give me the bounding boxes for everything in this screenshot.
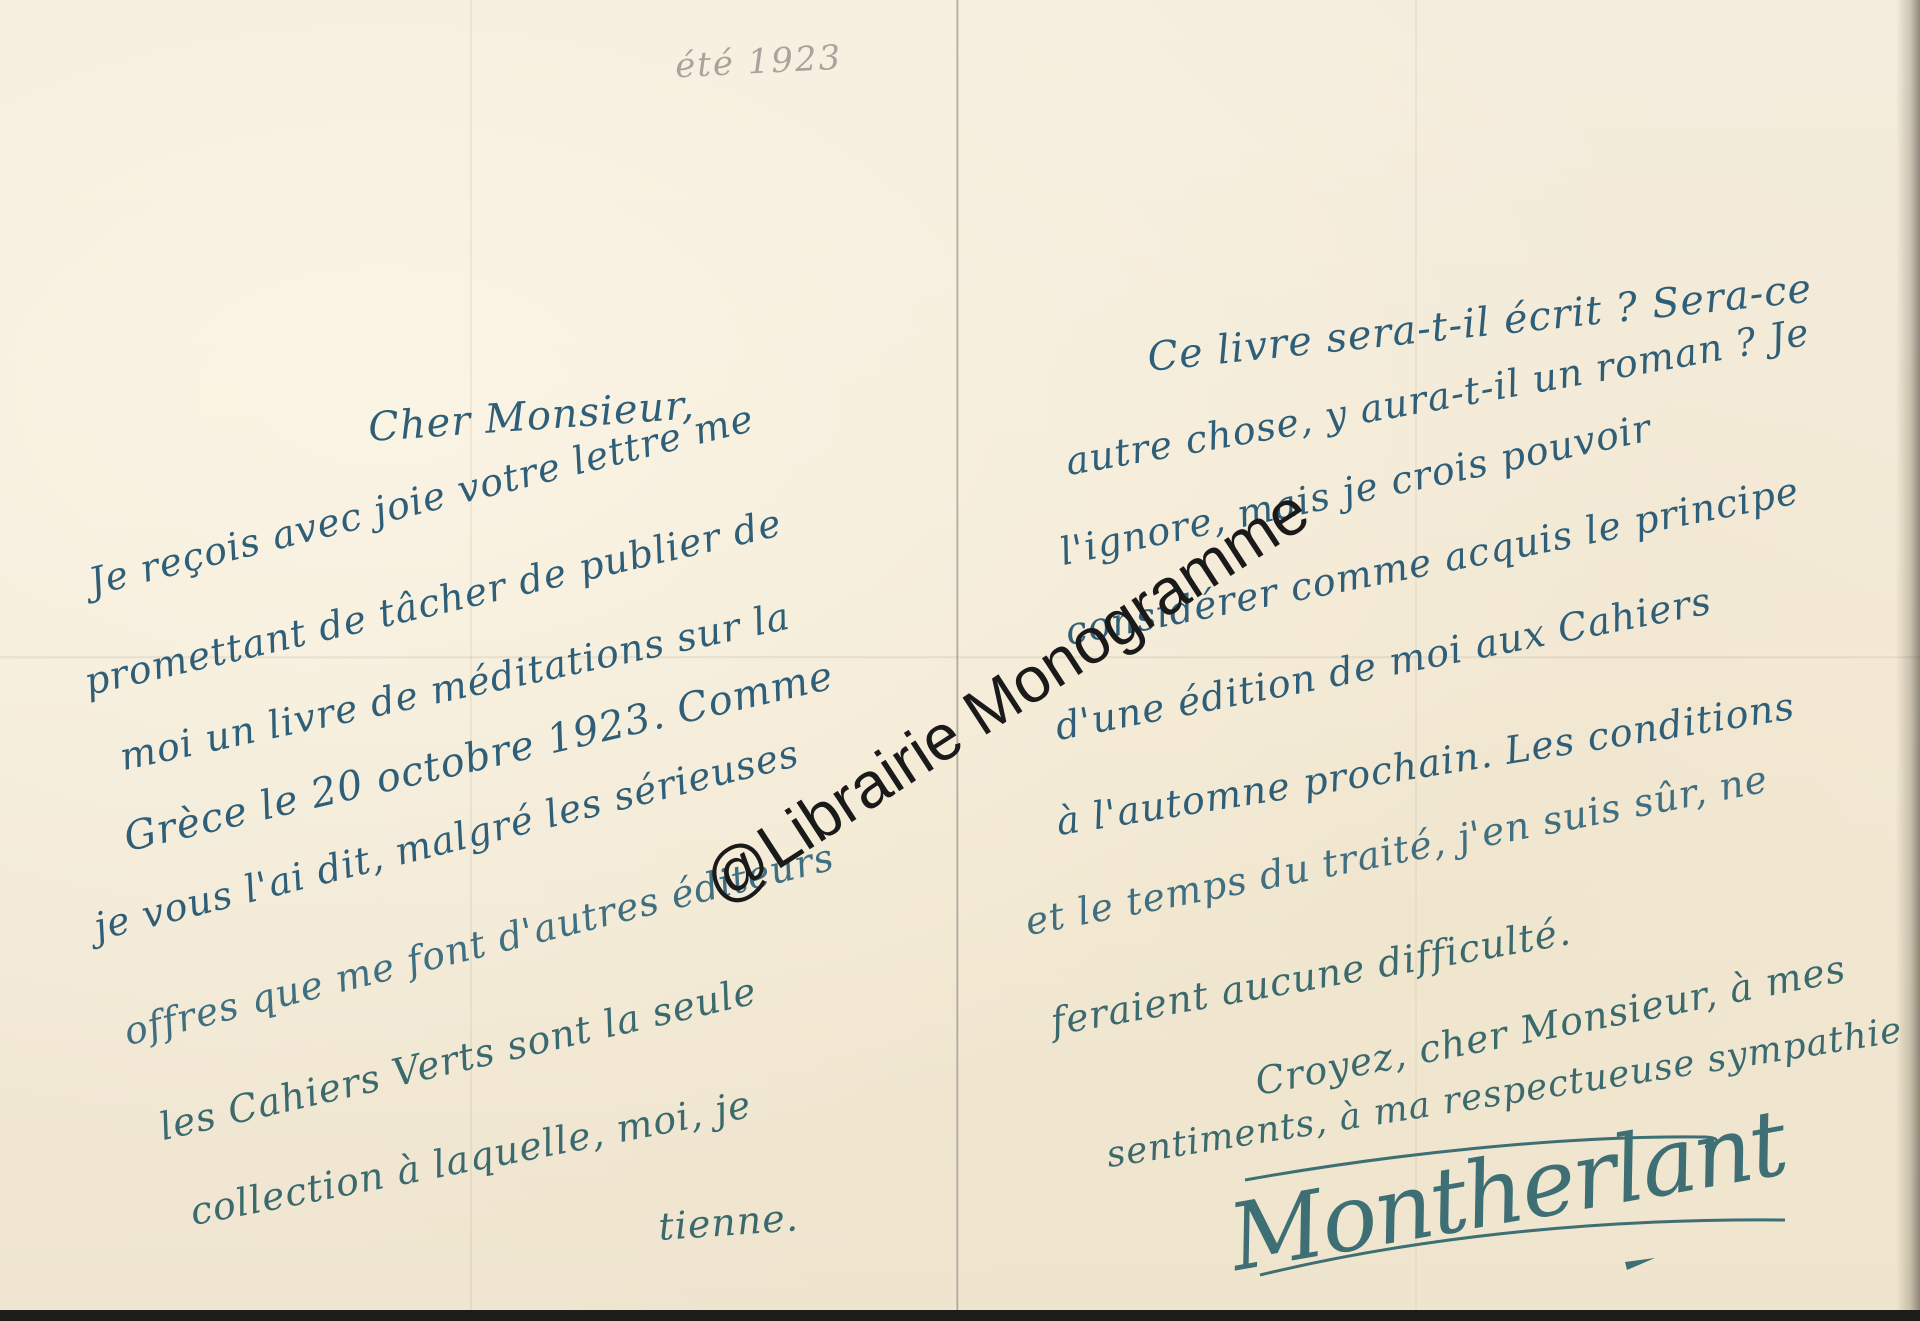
signature-underline bbox=[1255, 1210, 1795, 1280]
center-fold bbox=[956, 0, 959, 1310]
pencil-date-note: été 1923 bbox=[674, 38, 843, 87]
letter-page-left: été 1923 Cher Monsieur, Je reçois avec j… bbox=[0, 0, 956, 1310]
letter-scan: été 1923 Cher Monsieur, Je reçois avec j… bbox=[0, 0, 1920, 1310]
scan-bottom-edge bbox=[0, 1310, 1920, 1321]
letter-line: tienne. bbox=[657, 1195, 800, 1249]
